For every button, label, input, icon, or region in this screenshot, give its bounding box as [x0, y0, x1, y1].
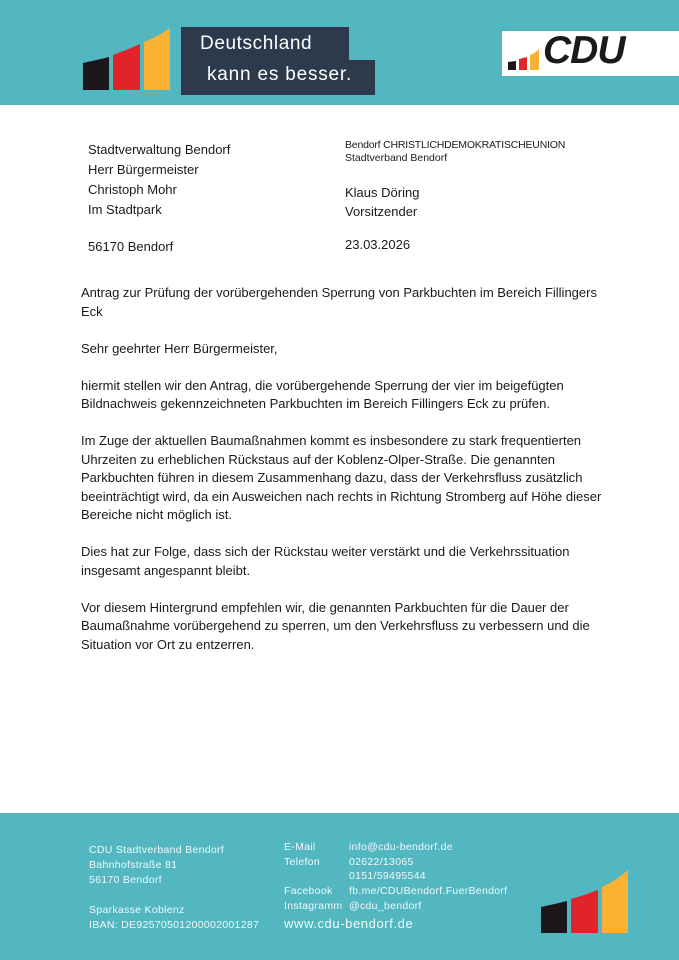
letter-subject: Antrag zur Prüfung der vorübergehenden S…	[81, 284, 611, 321]
recipient-postal: 56170 Bendorf	[88, 237, 230, 257]
recipient-address: Stadtverwaltung Bendorf Herr Bürgermeist…	[88, 140, 230, 257]
contact-row-email: E-Mail info@cdu-bendorf.de	[284, 840, 507, 855]
contact-row-facebook: Facebook fb.me/CDUBendorf.FuerBendorf	[284, 884, 507, 899]
letter-date: 23.03.2026	[345, 237, 410, 252]
cdu-logo-text: CDU	[543, 29, 625, 73]
contact-phone: 02622/13065	[349, 855, 414, 870]
sender-person: Klaus Döring Vorsitzender	[345, 183, 419, 221]
footer-contacts: E-Mail info@cdu-bendorf.de Telefon 02622…	[284, 840, 507, 914]
contact-row-instagram: Instagramm @cdu_bendorf	[284, 899, 507, 914]
contact-row-mobile: 0151/59495544	[284, 869, 507, 884]
contact-label: Telefon	[284, 855, 349, 870]
sender-role: Vorsitzender	[345, 202, 419, 221]
sender-org-line-2: Stadtverband Bendorf	[345, 152, 565, 165]
letter-paragraph: Im Zuge der aktuellen Baumaßnahmen kommt…	[81, 432, 611, 525]
letter-paragraph: Vor diesem Hintergrund empfehlen wir, di…	[81, 599, 611, 655]
footer-website-link[interactable]: www.cdu-bendorf.de	[284, 916, 413, 931]
sender-organization: Bendorf CHRISTLICHDEMOKRATISCHEUNION Sta…	[345, 139, 565, 164]
footer-bank: Sparkasse Koblenz	[89, 903, 259, 918]
footer-address: CDU Stadtverband Bendorf Bahnhofstraße 8…	[89, 843, 259, 933]
letter-paragraph: Dies hat zur Folge, dass sich der Rückst…	[81, 543, 611, 580]
contact-mobile: 0151/59495544	[349, 869, 426, 884]
contact-label: Instagramm	[284, 899, 349, 914]
footer-street: Bahnhofstraße 81	[89, 858, 259, 873]
contact-label	[284, 869, 349, 884]
footer-iban: IBAN: DE92570501200002001287	[89, 918, 259, 933]
rising-bars-logo-icon	[83, 28, 173, 92]
slogan-line-2: kann es besser.	[207, 64, 352, 86]
footer-city: 56170 Bendorf	[89, 873, 259, 888]
slogan-line-1: Deutschland	[200, 33, 312, 55]
contact-instagram-link[interactable]: @cdu_bendorf	[349, 899, 422, 914]
contact-label: Facebook	[284, 884, 349, 899]
sender-org-line-1: Bendorf CHRISTLICHDEMOKRATISCHEUNION	[345, 139, 565, 152]
recipient-line: Im Stadtpark	[88, 200, 230, 220]
contact-facebook-link[interactable]: fb.me/CDUBendorf.FuerBendorf	[349, 884, 507, 899]
recipient-line: Christoph Mohr	[88, 180, 230, 200]
letterhead-banner: Deutschland kann es besser. CDU	[0, 0, 679, 105]
letter-salutation: Sehr geehrter Herr Bürgermeister,	[81, 340, 611, 359]
contact-row-phone: Telefon 02622/13065	[284, 855, 507, 870]
recipient-line: Herr Bürgermeister	[88, 160, 230, 180]
rising-bars-logo-icon	[541, 870, 630, 934]
cdu-bars-icon	[508, 49, 540, 70]
letter-body: Antrag zur Prüfung der vorübergehenden S…	[81, 284, 611, 673]
contact-email-link[interactable]: info@cdu-bendorf.de	[349, 840, 453, 855]
recipient-line: Stadtverwaltung Bendorf	[88, 140, 230, 160]
letter-paragraph: hiermit stellen wir den Antrag, die vorü…	[81, 377, 611, 414]
footer-org: CDU Stadtverband Bendorf	[89, 843, 259, 858]
contact-label: E-Mail	[284, 840, 349, 855]
sender-name: Klaus Döring	[345, 183, 419, 202]
